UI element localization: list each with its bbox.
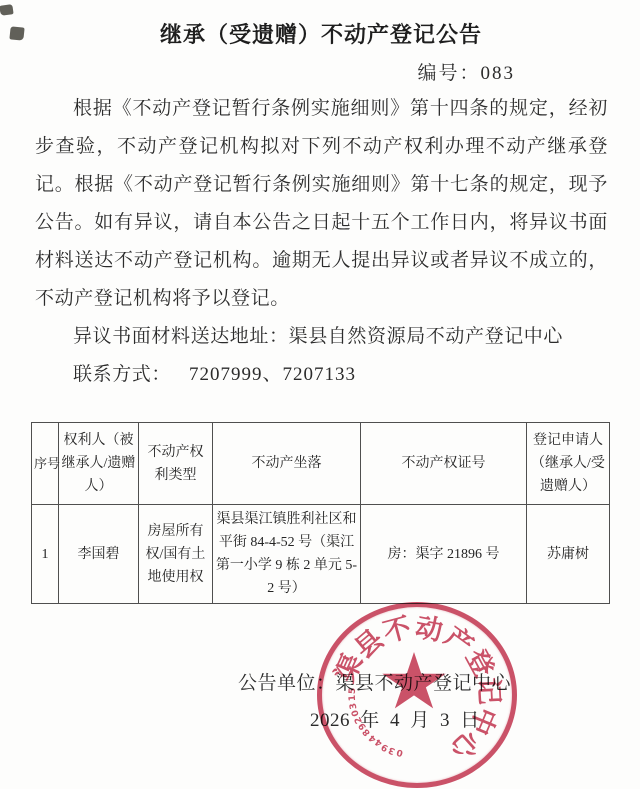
notice-number: 编号：083 xyxy=(32,60,610,88)
seal-arc-character: 产 xyxy=(438,620,480,662)
property-registration-table: 序号权利人（被继承人/遗赠人）不动产权利类型不动产坐落不动产权证号登记申请人（继… xyxy=(31,422,610,604)
page-title: 继承（受遗赠）不动产登记公告 xyxy=(32,18,610,52)
table-cell: 房屋所有权/国有土地使用权 xyxy=(139,505,213,604)
seal-arc-character: 县 xyxy=(347,623,389,665)
table-cell: 李国碧 xyxy=(59,505,139,604)
table-header-row: 序号权利人（被继承人/遗赠人）不动产权利类型不动产坐落不动产权证号登记申请人（继… xyxy=(32,423,610,505)
issuer-line: 公告单位：渠县不动产登记中心 xyxy=(238,670,610,698)
table-cell: 1 xyxy=(32,505,59,604)
column-header: 权利人（被继承人/遗赠人） xyxy=(59,423,139,505)
column-header: 序号 xyxy=(32,423,59,505)
date-line: 2026 年 4 月 3 日 xyxy=(310,707,610,735)
table-cell: 渠县渠江镇胜利社区和平街 84-4-52 号（渠江第一小学 9 栋 2 单元 5… xyxy=(213,505,361,604)
delivery-address-line: 异议书面材料送达地址：渠县自然资源局不动产登记中心 xyxy=(35,318,608,356)
seal-arc-character: 动 xyxy=(412,612,447,647)
notice-document: 继承（受遗赠）不动产登记公告 编号：083 根据《不动产登记暂行条例实施细则》第… xyxy=(0,0,640,789)
column-header: 登记申请人（继承人/受遗赠人） xyxy=(527,423,610,505)
notice-table-body: 1李国碧房屋所有权/国有土地使用权渠县渠江镇胜利社区和平街 84-4-52 号（… xyxy=(32,505,610,604)
scan-artifact-mark xyxy=(0,4,14,16)
table-header: 序号权利人（被继承人/遗赠人）不动产权利类型不动产坐落不动产权证号登记申请人（继… xyxy=(32,423,610,505)
seal-code-digit: 9 xyxy=(378,740,392,754)
notice-body-paragraph: 根据《不动产登记暂行条例实施细则》第十四条的规定，经初步查验，不动产登记机构拟对… xyxy=(35,90,608,318)
footer-block: 公告单位：渠县不动产登记中心 2026 年 4 月 3 日 xyxy=(32,670,610,735)
table-cell: 房：渠字 21896 号 xyxy=(361,505,527,604)
column-header: 不动产权证号 xyxy=(361,423,527,505)
seal-code-digit: 3 xyxy=(386,743,399,756)
contact-line: 联系方式：7207999、7207133 xyxy=(35,356,608,394)
scan-artifact-mark xyxy=(9,26,24,40)
column-header: 不动产权利类型 xyxy=(139,423,213,505)
column-header: 不动产坐落 xyxy=(213,423,361,505)
table-row: 1李国碧房屋所有权/国有土地使用权渠县渠江镇胜利社区和平街 84-4-52 号（… xyxy=(32,505,610,604)
seal-arc-character: 不 xyxy=(379,612,416,649)
seal-code-digit: 4 xyxy=(372,735,386,749)
contact-numbers: 7207999、7207133 xyxy=(189,364,356,385)
seal-code-digit: 0 xyxy=(394,746,406,758)
table-cell: 苏庸树 xyxy=(527,505,610,604)
contact-label: 联系方式： xyxy=(73,364,171,385)
